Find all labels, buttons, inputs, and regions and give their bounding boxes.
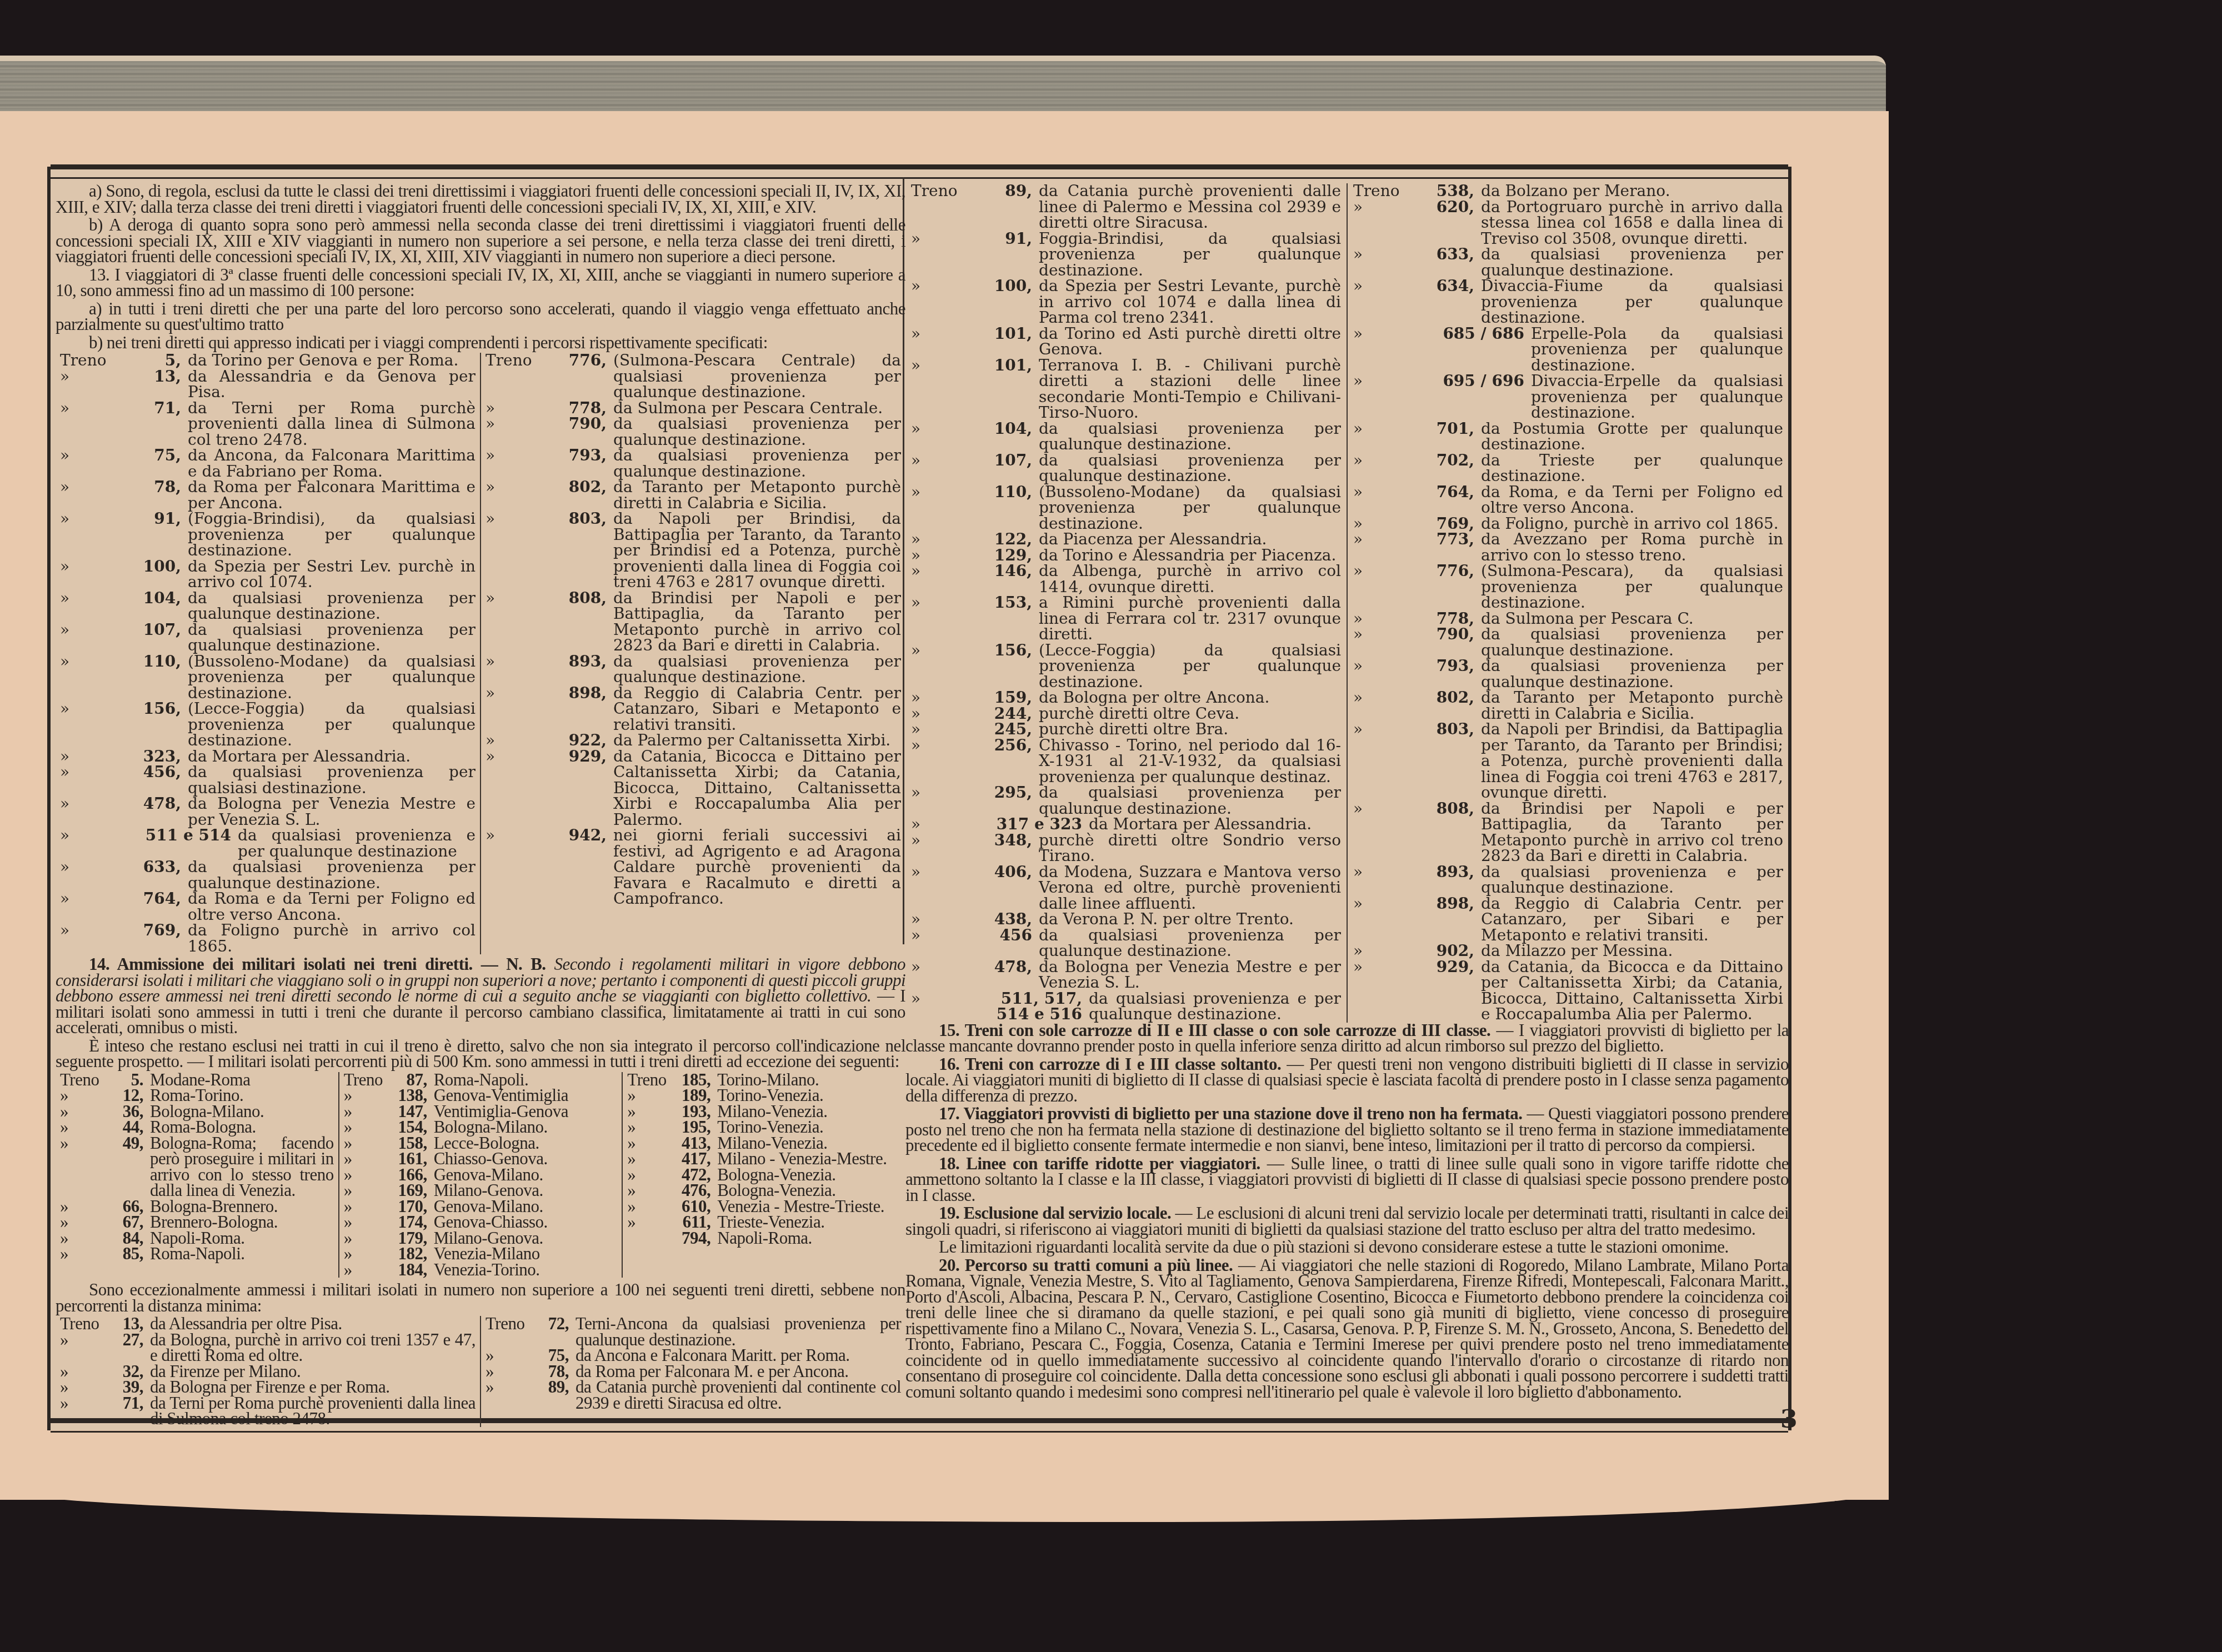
entry-marker: »	[1353, 278, 1413, 326]
entry-marker: Treno	[911, 183, 971, 231]
entry-text: da Brindisi per Napoli e per Battipaglia…	[613, 590, 901, 654]
train-number: 78,	[120, 479, 188, 511]
train-number: 942,	[546, 828, 613, 907]
entry-marker: »	[911, 548, 971, 564]
entry-text: Terni-Ancona da qualsiasi provenienza pe…	[575, 1316, 901, 1348]
train-number: 156,	[971, 643, 1039, 690]
entry-text: da Reggio di Calabria Centr. per Catanza…	[1481, 896, 1783, 944]
entry-text: da Milazzo per Messina.	[1481, 943, 1783, 959]
train-entry: »100,da Spezia per Sestri Levante, purch…	[911, 278, 1341, 326]
train-list-13: Treno5,da Torino per Genova e per Roma.»…	[56, 353, 905, 954]
entry-marker: »	[1353, 453, 1413, 484]
train-entry: »156,(Lecce-Foggia) da qualsiasi proveni…	[911, 643, 1341, 690]
entry-marker: »	[60, 590, 120, 622]
train-entry: »71,da Terni per Roma purchè provenienti…	[60, 401, 476, 448]
train-number: 85,	[104, 1246, 150, 1262]
entry-text: da Spezia per Sestri Lev. purchè in arri…	[188, 559, 476, 590]
train-number: 893,	[1413, 864, 1481, 896]
train-entry: »295,da qualsiasi provenienza per qualun…	[911, 785, 1341, 817]
entry-text: da Brindisi per Napoli e per Battipaglia…	[1481, 801, 1783, 864]
paragraph-13a: a) in tutti i treni diretti che per una …	[56, 301, 905, 333]
entry-text: da Terni per Roma purchè provenienti dal…	[150, 1395, 476, 1427]
entry-text: da Portogruaro purchè in arrivo dalla st…	[1481, 199, 1783, 247]
paragraph-20-text: — Ai viaggiatori che nelle stazioni di R…	[905, 1255, 1789, 1401]
train-number: 538,	[1413, 183, 1481, 199]
entry-marker: »	[60, 923, 120, 954]
entry-text: da Taranto per Metaponto purchè diretti …	[1481, 690, 1783, 722]
entry-marker: »	[911, 453, 971, 484]
train-list-continued-col1: Treno89,da Catania purchè provenienti da…	[905, 183, 1347, 1023]
train-number: 902,	[1413, 943, 1481, 959]
entry-text: da Catania, da Bicocca e da Dittaino per…	[1481, 959, 1783, 1023]
train-entry: »929,da Catania, da Bicocca e da Dittain…	[1353, 959, 1783, 1023]
train-number: 769,	[120, 923, 188, 954]
train-entry: »110,(Bussoleno-Modane) da qualsiasi pro…	[911, 484, 1341, 532]
entry-text: da Piacenza per Alessandria.	[1039, 532, 1341, 548]
entry-marker: »	[486, 448, 546, 479]
train-entry: »893,da qualsiasi provenienza e per qual…	[1353, 864, 1783, 896]
page-number: 3	[1780, 1405, 1798, 1434]
train-number: 702,	[1413, 453, 1481, 484]
train-number: 794,	[672, 1230, 717, 1246]
train-number: 808,	[1413, 801, 1481, 864]
train-number: 153,	[971, 595, 1039, 643]
entry-text: da qualsiasi provenienza per qualunque d…	[188, 859, 476, 891]
entry-text: da Bologna, purchè in arrivo coi treni 1…	[150, 1332, 476, 1364]
entry-marker: »	[60, 511, 120, 559]
entry-text: da Reggio di Calabria Centr. per Catanza…	[613, 685, 901, 733]
entry-marker: »	[486, 685, 546, 733]
train-number: 71,	[104, 1395, 150, 1427]
train-number: 803,	[546, 511, 613, 590]
entry-text: da qualsiasi provenienza per qualunque d…	[1039, 453, 1341, 484]
train-number: 100,	[971, 278, 1039, 326]
entry-text: da qualsiasi provenienza per qualunque d…	[613, 654, 901, 685]
entry-marker: »	[60, 828, 120, 859]
entry-marker: »	[911, 595, 971, 643]
entry-text: Erpelle-Pola da qualsiasi provenienza pe…	[1531, 326, 1783, 374]
train-entry: »478,da Bologna per Venezia Mestre e per…	[911, 959, 1341, 991]
train-entry: »802,da Taranto per Metaponto purchè dir…	[486, 479, 901, 511]
entry-marker: Treno	[60, 353, 120, 369]
entry-marker: »	[911, 532, 971, 548]
train-entry: Treno72,Terni-Ancona da qualsiasi proven…	[486, 1316, 901, 1348]
entry-text: da Bologna per Venezia Mestre e per Vene…	[1039, 959, 1341, 991]
entry-text: da qualsiasi provenienza e per qualunque…	[238, 828, 476, 859]
train-number: 101,	[971, 326, 1039, 358]
train-number: 91,	[971, 231, 1039, 279]
entry-text: (Bussoleno-Modane) da qualsiasi provenie…	[1039, 484, 1341, 532]
military-exclusion-col2: Treno87,Roma-Napoli.»138,Genova-Ventimig…	[338, 1072, 622, 1278]
train-number: 478,	[971, 959, 1039, 991]
train-number: 89,	[530, 1379, 575, 1411]
entry-marker: »	[1353, 247, 1413, 278]
entry-marker: »	[60, 796, 120, 828]
entry-text: (Foggia-Brindisi), da qualsiasi provenie…	[188, 511, 476, 559]
entry-marker: »	[1353, 959, 1413, 1023]
entry-text: da Napoli per Brindisi, da Battipaglia p…	[1481, 722, 1783, 801]
train-number: 511, 517, 514 e 516	[971, 991, 1089, 1023]
entry-text: da qualsiasi provenienza per qualsiasi d…	[188, 764, 476, 796]
train-entry: »456da qualsiasi provenienza per qualunq…	[911, 928, 1341, 959]
train-number: 803,	[1413, 722, 1481, 801]
train-entry: »776,(Sulmona-Pescara), da qualsiasi pro…	[1353, 563, 1783, 611]
entry-text: Foggia-Brindisi, da qualsiasi provenienz…	[1039, 231, 1341, 279]
train-number: 778,	[1413, 611, 1481, 627]
entry-marker: »	[486, 749, 546, 828]
train-number: 110,	[120, 654, 188, 702]
entry-marker: »	[911, 358, 971, 421]
train-entry: »75,da Ancona, da Falconara Marittima e …	[60, 448, 476, 479]
entry-marker: »	[911, 326, 971, 358]
train-number: 778,	[546, 401, 613, 417]
entry-marker: »	[486, 479, 546, 511]
train-number: 620,	[1413, 199, 1481, 247]
train-entry: Treno5,da Torino per Genova e per Roma.	[60, 353, 476, 369]
train-entry: »478,da Bologna per Venezia Mestre e per…	[60, 796, 476, 828]
entry-text: Chivasso - Torino, nel periodo dal 16-X-…	[1039, 738, 1341, 785]
entry-marker: »	[60, 1395, 104, 1427]
train-entry: »146,da Albenga, purchè in arrivo col 14…	[911, 563, 1341, 595]
train-entry: »769,da Foligno, purchè in arrivo col 18…	[1353, 516, 1783, 532]
train-number: 776,	[1413, 563, 1481, 611]
paragraph-14c: Sono eccezionalmente ammessi i militari …	[56, 1282, 905, 1314]
entry-marker: »	[911, 928, 971, 959]
train-entry: »790,da qualsiasi provenienza per qualun…	[486, 416, 901, 448]
train-entry: »898,da Reggio di Calabria Centr. per Ca…	[486, 685, 901, 733]
entry-marker: »	[911, 722, 971, 738]
train-number: 898,	[546, 685, 613, 733]
entry-text: da qualsiasi provenienza per qualunque d…	[1039, 928, 1341, 959]
train-number: 511 e 514	[120, 828, 238, 859]
entry-text: da Roma e da Terni per Foligno ed oltre …	[188, 891, 476, 923]
entry-marker: »	[344, 1262, 388, 1278]
military-exclusion-list: Treno5.Modane-Roma»12,Roma-Torino.»36,Bo…	[56, 1072, 905, 1278]
military-exception-col2: Treno72,Terni-Ancona da qualsiasi proven…	[480, 1316, 905, 1427]
train-number: 633,	[1413, 247, 1481, 278]
train-number: 793,	[546, 448, 613, 479]
entry-text: da qualsiasi provenienza per qualunque d…	[1481, 247, 1783, 278]
entry-marker: »	[60, 448, 120, 479]
train-entry: »317 e 323da Mortara per Alessandria.	[911, 817, 1341, 833]
entry-marker: »	[911, 833, 971, 864]
train-entry: »153,a Rimini purchè provenienti dalla l…	[911, 595, 1341, 643]
entry-marker: »	[486, 511, 546, 590]
train-entry: »184,Venezia-Torino.	[344, 1262, 618, 1278]
entry-marker: »	[486, 654, 546, 685]
train-number: 633,	[120, 859, 188, 891]
train-number: 71,	[120, 401, 188, 448]
train-number: 110,	[971, 484, 1039, 532]
train-number: 764,	[120, 891, 188, 923]
entry-text: da qualsiasi provenienza per qualunque d…	[1039, 421, 1341, 453]
train-entry: »764,da Roma, e da Terni per Foligno ed …	[1353, 484, 1783, 516]
entry-text: da Sulmona per Pescara C.	[1481, 611, 1783, 627]
train-entry: »71,da Terni per Roma purchè provenienti…	[60, 1395, 476, 1427]
train-entry: »511 e 514da qualsiasi provenienza e per…	[60, 828, 476, 859]
train-number: 245,	[971, 722, 1039, 738]
train-number: 5,	[120, 353, 188, 369]
train-number: 773,	[1413, 532, 1481, 563]
train-entry: »685 / 686Erpelle-Pola da qualsiasi prov…	[1353, 326, 1783, 374]
train-entry: »245,purchè diretti oltre Bra.	[911, 722, 1341, 738]
train-number: 184,	[388, 1262, 434, 1278]
train-number: 101,	[971, 358, 1039, 421]
train-number: 146,	[971, 563, 1039, 595]
entry-text: Venezia-Torino.	[434, 1262, 618, 1278]
entry-marker: »	[1353, 563, 1413, 611]
train-number: 695 / 696	[1413, 373, 1531, 421]
entry-marker: »	[911, 421, 971, 453]
entry-marker: »	[911, 706, 971, 722]
train-number: 104,	[120, 590, 188, 622]
train-entry: »110,(Bussoleno-Modane) da qualsiasi pro…	[60, 654, 476, 702]
train-number: 107,	[971, 453, 1039, 484]
entry-text: da Torino e Alessandria per Piacenza.	[1039, 548, 1341, 564]
train-entry: »695 / 696Divaccia-Erpelle da qualsiasi …	[1353, 373, 1783, 421]
entry-marker: »	[60, 654, 120, 702]
train-entry: »620,da Portogruaro purchè in arrivo dal…	[1353, 199, 1783, 247]
train-number: 456	[971, 928, 1039, 959]
train-number: 929,	[1413, 959, 1481, 1023]
train-entry: »511, 517, 514 e 516da qualsiasi proveni…	[911, 991, 1341, 1023]
entry-text: (Lecce-Foggia) da qualsiasi provenienza …	[188, 701, 476, 749]
paragraph-17: 17. Viaggiatori provvisti di biglietto p…	[905, 1106, 1789, 1154]
entry-text: da Mortara per Alessandria.	[188, 749, 476, 765]
train-entry: »803,da Napoli per Brindisi, da Battipag…	[1353, 722, 1783, 801]
train-number: 317 e 323	[971, 817, 1089, 833]
entry-text: purchè diretti oltre Sondrio verso Tiran…	[1039, 833, 1341, 864]
entry-text: da qualsiasi provenienza e per qualunque…	[1481, 864, 1783, 896]
train-entry: »101,Terranova I. B. - Chilivani purchè …	[911, 358, 1341, 421]
train-number: 922,	[546, 733, 613, 749]
entry-text: nei giorni feriali successivi ai festivi…	[613, 828, 901, 907]
entry-text: da qualsiasi provenienza per qualunque d…	[613, 416, 901, 448]
train-entry: »769,da Foligno purchè in arrivo col 186…	[60, 923, 476, 954]
entry-marker: »	[1353, 896, 1413, 944]
entry-text: (Sulmona-Pescara), da qualsiasi provenie…	[1481, 563, 1783, 611]
train-number: 769,	[1413, 516, 1481, 532]
entry-text: Divaccia-Erpelle da qualsiasi provenienz…	[1531, 373, 1783, 421]
paragraph-20: 20. Percorso su tratti comuni a più line…	[905, 1258, 1789, 1400]
train-entry: »159,da Bologna per oltre Ancona.	[911, 690, 1341, 706]
entry-marker: »	[60, 891, 120, 923]
entry-marker: »	[486, 828, 546, 907]
train-number: 156,	[120, 701, 188, 749]
entry-marker: »	[1353, 690, 1413, 722]
train-number: 776,	[546, 353, 613, 401]
train-entry: »701,da Postumia Grotte per qualunque de…	[1353, 421, 1783, 453]
train-number: 49,	[104, 1135, 150, 1199]
entry-marker: Treno	[486, 1316, 530, 1348]
entry-text: da Alessandria e da Genova per Pisa.	[188, 369, 476, 401]
train-number: 406,	[971, 864, 1039, 912]
train-entry: »104,da qualsiasi provenienza per qualun…	[911, 421, 1341, 453]
entry-marker: »	[60, 401, 120, 448]
entry-text: Terranova I. B. - Chilivani purchè diret…	[1039, 358, 1341, 421]
entry-marker: »	[1353, 421, 1413, 453]
train-number: 122,	[971, 532, 1039, 548]
train-number: 348,	[971, 833, 1039, 864]
train-number: 790,	[1413, 627, 1481, 658]
train-list-continued: Treno89,da Catania purchè provenienti da…	[905, 183, 1789, 1023]
train-number: 107,	[120, 622, 188, 654]
train-entry: Treno776,(Sulmona-Pescara Centrale) da q…	[486, 353, 901, 401]
entry-marker: »	[486, 1379, 530, 1411]
entry-marker: »	[911, 864, 971, 912]
entry-marker: »	[60, 479, 120, 511]
entry-text: da Bolzano per Merano.	[1481, 183, 1783, 199]
entry-text: da qualsiasi provenienza per qualunque d…	[1039, 785, 1341, 817]
entry-marker: »	[1353, 484, 1413, 516]
train-entry: »122,da Piacenza per Alessandria.	[911, 532, 1341, 548]
train-entry: »129,da Torino e Alessandria per Piacenz…	[911, 548, 1341, 564]
train-entry: »764,da Roma e da Terni per Foligno ed o…	[60, 891, 476, 923]
train-number: 72,	[530, 1316, 575, 1348]
entry-marker: »	[627, 1214, 672, 1230]
entry-text: da Napoli per Brindisi, da Battipaglia p…	[613, 511, 901, 590]
entry-marker: »	[486, 416, 546, 448]
train-entry: »49,Bologna-Roma; facendo però proseguir…	[60, 1135, 334, 1199]
train-entry: »156,(Lecce-Foggia) da qualsiasi proveni…	[60, 701, 476, 749]
paragraph-18: 18. Linee con tariffe ridotte per viaggi…	[905, 1156, 1789, 1204]
train-entry: »91,(Foggia-Brindisi), da qualsiasi prov…	[60, 511, 476, 559]
entry-text: da qualsiasi provenienza e per qualunque…	[1089, 991, 1341, 1023]
entry-marker: »	[60, 622, 120, 654]
entry-text: (Sulmona-Pescara Centrale) da qualsiasi …	[613, 353, 901, 401]
train-entry: »902,da Milazzo per Messina.	[1353, 943, 1783, 959]
train-entry: »898,da Reggio di Calabria Centr. per Ca…	[1353, 896, 1783, 944]
train-number: 802,	[1413, 690, 1481, 722]
paragraph-16: 16. Treni con carrozze di I e III classe…	[905, 1057, 1789, 1104]
entry-marker: »	[60, 559, 120, 590]
entry-text: da qualsiasi provenienza per qualunque d…	[188, 622, 476, 654]
train-entry: Treno538,da Bolzano per Merano.	[1353, 183, 1783, 199]
entry-marker: »	[911, 278, 971, 326]
entry-text: da Catania purchè provenienti dalle line…	[1039, 183, 1341, 231]
train-entry: »78,da Roma per Falconara Marittima e pe…	[60, 479, 476, 511]
train-number: 27,	[104, 1332, 150, 1364]
right-column: Treno89,da Catania purchè provenienti da…	[905, 183, 1789, 1402]
paragraph-12a: a) Sono, di regola, esclusi da tutte le …	[56, 183, 905, 215]
entry-marker: »	[1353, 627, 1413, 658]
train-number: 75,	[120, 448, 188, 479]
train-entry: »91,Foggia-Brindisi, da qualsiasi proven…	[911, 231, 1341, 279]
entry-text: da Mortara per Alessandria.	[1089, 817, 1341, 833]
entry-text: da qualsiasi provenienza per qualunque d…	[188, 590, 476, 622]
train-entry: »323,da Mortara per Alessandria.	[60, 749, 476, 765]
train-entry: »803,da Napoli per Brindisi, da Battipag…	[486, 511, 901, 590]
entry-marker: »	[911, 785, 971, 817]
train-entry: »808,da Brindisi per Napoli e per Battip…	[486, 590, 901, 654]
train-entry: »27,da Bologna, purchè in arrivo coi tre…	[60, 1332, 476, 1364]
train-number: 793,	[1413, 658, 1481, 690]
train-entry: »922,da Palermo per Caltanissetta Xirbi.	[486, 733, 901, 749]
entry-text: da qualsiasi provenienza per qualunque d…	[1481, 627, 1783, 658]
train-entry: Treno89,da Catania purchè provenienti da…	[911, 183, 1341, 231]
entry-text: a Rimini purchè provenienti dalla linea …	[1039, 595, 1341, 643]
entry-text: da Catania, Bicocca e Dittaino per Calta…	[613, 749, 901, 828]
train-entry: »101,da Torino ed Asti purchè diretti ol…	[911, 326, 1341, 358]
train-number: 323,	[120, 749, 188, 765]
entry-text: da Sulmona per Pescara Centrale.	[613, 401, 901, 417]
paragraph-14b: È inteso che restano esclusi nei tratti …	[56, 1038, 905, 1070]
entry-text: Bologna-Roma; facendo però proseguire i …	[150, 1135, 334, 1199]
entry-marker: »	[911, 912, 971, 928]
entry-marker: »	[1353, 516, 1413, 532]
paragraph-13: 13. I viaggiatori di 3ª classe fruenti d…	[56, 267, 905, 299]
train-entry: »802,da Taranto per Metaponto purchè dir…	[1353, 690, 1783, 722]
entry-text: da qualsiasi provenienza per qualunque d…	[1481, 658, 1783, 690]
entry-marker: »	[1353, 199, 1413, 247]
train-entry: »13,da Alessandria e da Genova per Pisa.	[60, 369, 476, 401]
train-number: 893,	[546, 654, 613, 685]
train-entry: »89,da Catania purchè provenienti dal co…	[486, 1379, 901, 1411]
entry-text: da Foligno purchè in arrivo col 1865.	[188, 923, 476, 954]
entry-marker: »	[911, 738, 971, 785]
train-entry: »634,Divaccia-Fiume da qualsiasi proveni…	[1353, 278, 1783, 326]
train-entry: »793,da qualsiasi provenienza per qualun…	[486, 448, 901, 479]
entry-text: da Taranto per Metaponto purchè diretti …	[613, 479, 901, 511]
train-entry: »633,da qualsiasi provenienza per qualun…	[1353, 247, 1783, 278]
train-entry: »256,Chivasso - Torino, nel periodo dal …	[911, 738, 1341, 785]
military-exclusion-col3: Treno185,Torino-Milano.»189,Torino-Venez…	[622, 1072, 905, 1278]
entry-text: (Bussoleno-Modane) da qualsiasi provenie…	[188, 654, 476, 702]
entry-marker: »	[486, 401, 546, 417]
train-entry: »929,da Catania, Bicocca e Dittaino per …	[486, 749, 901, 828]
entry-marker: »	[486, 733, 546, 749]
train-entry: »808,da Brindisi per Napoli e per Battip…	[1353, 801, 1783, 864]
train-number: 256,	[971, 738, 1039, 785]
train-entry: »773,da Avezzano per Roma purchè in arri…	[1353, 532, 1783, 563]
train-entry: »778,da Sulmona per Pescara Centrale.	[486, 401, 901, 417]
train-number: 438,	[971, 912, 1039, 928]
entry-text: da Roma, e da Terni per Foligno ed oltre…	[1481, 484, 1783, 516]
train-number: 91,	[120, 511, 188, 559]
entry-text: da Ancona, da Falconara Marittima e da F…	[188, 448, 476, 479]
entry-marker: »	[60, 749, 120, 765]
entry-marker: »	[486, 590, 546, 654]
entry-marker: »	[911, 690, 971, 706]
entry-text: da Torino per Genova e per Roma.	[188, 353, 476, 369]
entry-marker: »	[911, 563, 971, 595]
train-list-13-col1: Treno5,da Torino per Genova e per Roma.»…	[56, 353, 480, 954]
train-number: 104,	[971, 421, 1039, 453]
entry-text: da Foligno, purchè in arrivo col 1865.	[1481, 516, 1783, 532]
paragraph-15: 15. Treni con sole carrozze di II e III …	[905, 1023, 1789, 1054]
train-number: 89,	[971, 183, 1039, 231]
entry-marker: »	[911, 231, 971, 279]
entry-text: Divaccia-Fiume da qualsiasi provenienza …	[1481, 278, 1783, 326]
entry-marker: »	[911, 643, 971, 690]
train-entry: »778,da Sulmona per Pescara C.	[1353, 611, 1783, 627]
paragraph-13b: b) nei treni diretti qui appresso indica…	[56, 335, 905, 351]
entry-marker: »	[60, 1332, 104, 1364]
train-entry: »893,da qualsiasi provenienza per qualun…	[486, 654, 901, 685]
train-entry: »104,da qualsiasi provenienza per qualun…	[60, 590, 476, 622]
entry-text: da Albenga, purchè in arrivo col 1414, o…	[1039, 563, 1341, 595]
train-entry: »633,da qualsiasi provenienza per qualun…	[60, 859, 476, 891]
paragraph-19b: Le limitazioni riguardanti località serv…	[905, 1239, 1789, 1255]
train-list-13-col2: Treno776,(Sulmona-Pescara Centrale) da q…	[480, 353, 905, 954]
entry-text: (Lecce-Foggia) da qualsiasi provenienza …	[1039, 643, 1341, 690]
entry-marker: »	[60, 369, 120, 401]
entry-marker: »	[60, 859, 120, 891]
entry-text: purchè diretti oltre Bra.	[1039, 722, 1341, 738]
train-entry: »793,da qualsiasi provenienza per qualun…	[1353, 658, 1783, 690]
entry-text: da Torino ed Asti purchè diretti oltre G…	[1039, 326, 1341, 358]
entry-text: da Avezzano per Roma purchè in arrivo co…	[1481, 532, 1783, 563]
